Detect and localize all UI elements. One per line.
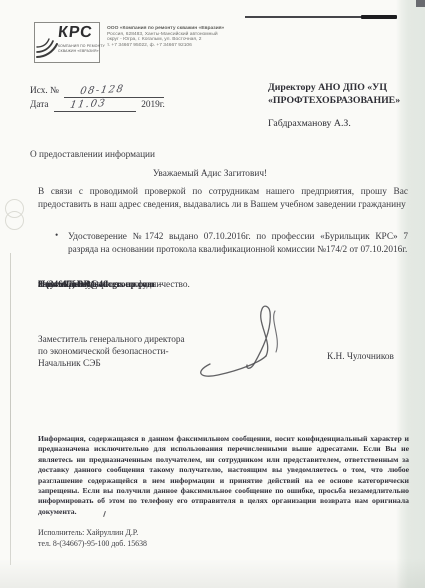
- body-paragraph: В связи с проводимой проверкой по сотруд…: [38, 186, 408, 212]
- email-address: HayrullinDR@edcgroup.com: [38, 280, 155, 292]
- company-logo: КРС КОМПАНИЯ ПО РЕМОНТУ СКВАЖИН «ЕВРАЗИЯ…: [34, 22, 100, 63]
- executor-footer: Исполнитель: Хайруллин Д.Р. тел. 8-(3466…: [38, 527, 147, 549]
- scanned-letter-page: КРС КОМПАНИЯ ПО РЕМОНТУ СКВАЖИН «ЕВРАЗИЯ…: [0, 0, 425, 588]
- signer-position-line: Начальник СЭБ: [38, 358, 185, 370]
- signature-block: Заместитель генерального директора по эк…: [38, 334, 410, 394]
- bullet-marker: •: [55, 231, 68, 257]
- handwritten-date: 11.03: [69, 97, 107, 113]
- executor-name: Исполнитель: Хайруллин Д.Р.: [38, 527, 147, 538]
- letter-subject: О предоставлении информации: [30, 150, 155, 160]
- signer-position-line: по экономической безопасности-: [38, 346, 185, 358]
- bullet-item-text: Удостоверение №1742 выдано 07.10.2016г. …: [68, 231, 408, 257]
- addressee-title-line: Директору АНО ДПО «УЦ: [268, 82, 418, 95]
- date-row: Дата 11.03 2019г.: [30, 98, 220, 112]
- scan-corner-artifact: [416, 0, 425, 7]
- fax-scan-line: [245, 16, 397, 18]
- addressee-name: Габдрахманову А.З.: [268, 118, 418, 131]
- salutation: Уважаемый Адис Загитович!: [30, 169, 390, 179]
- company-contact-info: ООО «Компания по ремонту скважин «Еврази…: [107, 26, 267, 49]
- outgoing-number-label: Исх. №: [30, 84, 59, 98]
- signer-name: К.Н. Чулочников: [327, 351, 394, 363]
- hole-punch-ring: [5, 211, 24, 230]
- outgoing-number-row: Исх. № 08-128: [30, 84, 220, 98]
- logo-subtitle: СКВАЖИН «ЕВРАЗИЯ»: [58, 49, 99, 53]
- bullet-list-item: • Удостоверение №1742 выдано 07.10.2016г…: [55, 231, 408, 257]
- executor-phone: тел. 8-(34667)-95-100 доб. 15638: [38, 538, 147, 549]
- logo-text: КРС: [57, 24, 93, 42]
- reply-contact-block: Ответ прошу выслать на факс – 8-(34667)-…: [38, 280, 190, 292]
- scan-ink-blob: [361, 15, 397, 20]
- logo-subtitle: КОМПАНИЯ ПО РЕМОНТУ: [58, 44, 105, 48]
- date-label: Дата: [30, 98, 49, 112]
- reference-block: Исх. № 08-128 Дата 11.03 2019г.: [30, 84, 220, 112]
- paper-fold-line: [10, 253, 11, 565]
- outgoing-number-line: 08-128: [64, 86, 164, 98]
- addressee-title-line: «ПРОФТЕХОБРАЗОВАНИЕ»: [268, 95, 418, 108]
- signature-scribble: [196, 304, 296, 380]
- year-label: 2019г.: [141, 98, 165, 112]
- company-phone-line: т. +7 34667 95022, ф. +7 34667 92106: [107, 43, 267, 49]
- signer-position-line: Заместитель генерального директора: [38, 334, 185, 346]
- signer-position: Заместитель генерального директора по эк…: [38, 334, 185, 370]
- date-line: 11.03: [54, 100, 136, 112]
- addressee-block: Директору АНО ДПО «УЦ «ПРОФТЕХОБРАЗОВАНИ…: [268, 82, 418, 131]
- confidentiality-disclaimer: Информация, содержащаяся в данном факсим…: [38, 434, 409, 517]
